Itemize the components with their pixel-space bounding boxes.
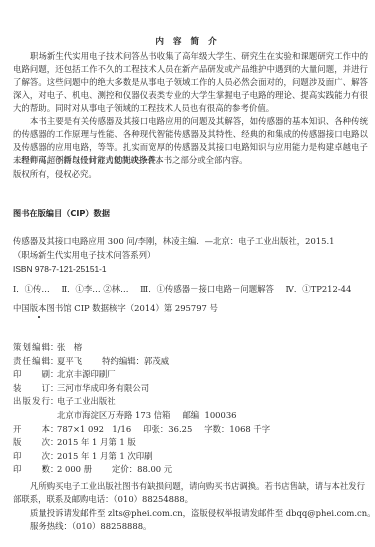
- credit-responsible-editor: 责任编辑：夏平飞 特约编辑：郭茂威: [13, 355, 270, 369]
- cip-bibliographic-line: 传感器及其接口电路应用 300 问/李刚，林凌主编．—北京：电子工业出版社，20…: [13, 235, 334, 248]
- credit-address: 北京市海淀区万寿路 173 信箱邮编 100036: [13, 409, 270, 423]
- cip-title: 图书在版编目（CIP）数据: [13, 207, 110, 220]
- speck-mark: [38, 316, 40, 318]
- cip-class-3: Ⅲ．①传感器－接口电路－问题解答: [140, 284, 274, 294]
- credit-impression: 印次：2015 年 1 月第 1 次印刷: [13, 450, 270, 464]
- copy-notice: 未经许可，不得以任何方式复制或抄袭本书之部分或全部内容。: [13, 154, 248, 167]
- contact-service-hotline: 服务热线：（010）88258888。: [13, 520, 375, 533]
- copyright-page: 内 容 简 介 职场新生代实用电子技术问答丛书收集了高年级大学生、研究生在实验和…: [0, 0, 375, 547]
- cip-class-1: Ⅰ．①传…: [13, 284, 50, 294]
- contact-complaint-email: 质量投诉请发邮件至 zlts@phei.com.cn，盗版侵权举报请发邮件至 d…: [13, 507, 375, 520]
- credit-binding: 装订：三河市华成印务有限公司: [13, 382, 270, 396]
- credits-block: 策划编辑：张 榕 责任编辑：夏平飞 特约编辑：郭茂威 印刷：北京丰源印刷厂 装订…: [13, 341, 270, 477]
- cip-approval-number: 中国版本图书馆 CIP 数据核字（2014）第 295797 号: [13, 302, 218, 315]
- cip-class-4: Ⅳ．①TP212-44: [286, 284, 352, 294]
- credit-publisher: 出版发行：电子工业出版社: [13, 395, 270, 409]
- contact-paragraph-1: 凡所购买电子工业出版社图书有缺损问题，请向购买书店调换。若书店售缺，请与本社发行…: [13, 480, 368, 506]
- cip-isbn: ISBN 978-7-121-25151-1: [13, 263, 107, 276]
- speck-mark: [43, 467, 45, 469]
- rights-statement: 版权所有，侵权必究。: [13, 168, 97, 181]
- credit-planning-editor: 策划编辑：张 榕: [13, 341, 270, 355]
- credit-edition: 版次：2015 年 1 月第 1 版: [13, 436, 270, 450]
- credit-price: 定价：88.00 元: [112, 463, 172, 477]
- credit-format: 开本：787×1 092 1/16 印张：36.25 字数：1068 千字: [13, 423, 270, 437]
- summary-title: 内 容 简 介: [0, 36, 375, 49]
- credit-copies: 印数：2 000 册 定价：88.00 元: [13, 463, 270, 477]
- cip-classification: Ⅰ．①传… Ⅱ．①李… ②林… Ⅲ．①传感器－接口电路－问题解答 Ⅳ．①TP21…: [13, 283, 360, 296]
- credit-special-editor: 特约编辑：郭茂威: [102, 355, 169, 369]
- cip-class-2: Ⅱ．①李… ②林…: [61, 284, 128, 294]
- credit-printing: 印刷：北京丰源印刷厂: [13, 368, 270, 382]
- cip-series-line: （职场新生代实用电子技术问答系列）: [13, 249, 155, 262]
- summary-paragraph-1: 职场新生代实用电子技术问答丛书收集了高年级大学生、研究生在实验和课题研究工作中的…: [13, 50, 368, 115]
